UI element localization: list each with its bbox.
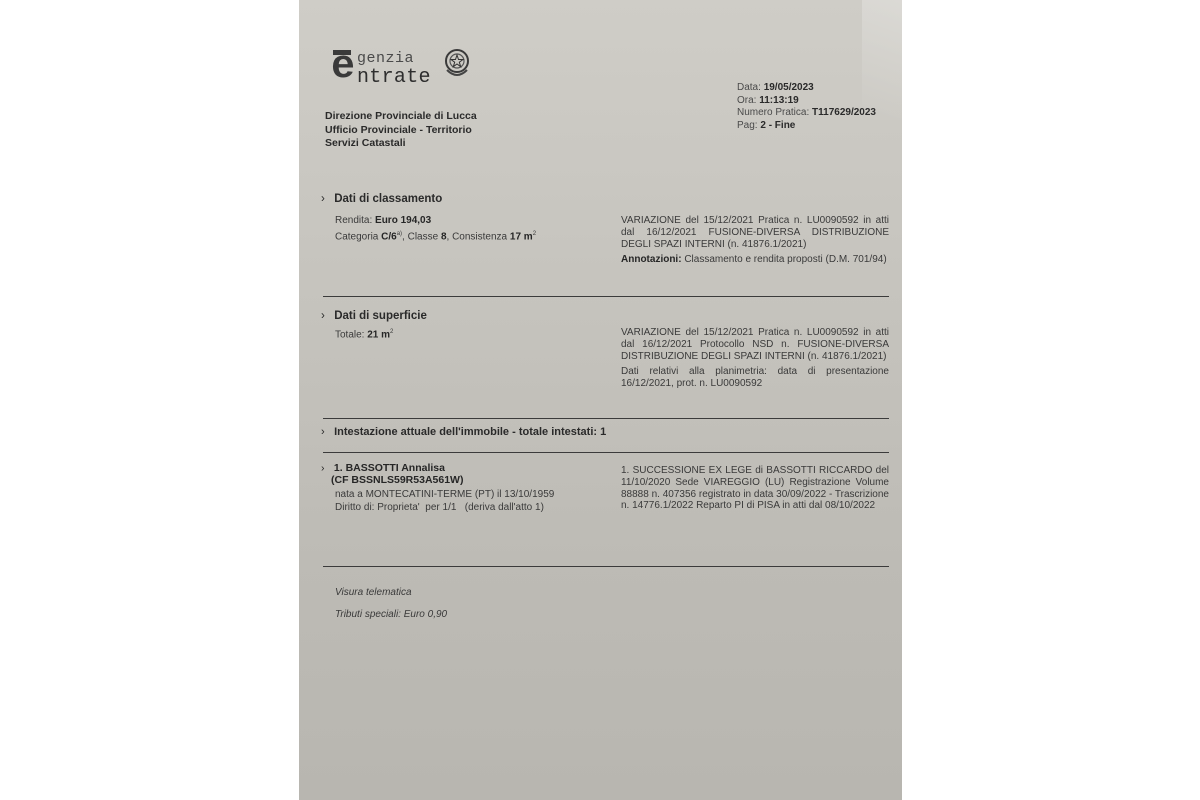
classamento-variazione: VARIAZIONE del 15/12/2021 Pratica n. LU0… [621, 215, 889, 270]
rendita-line: Rendita: Euro 194,03 [335, 215, 536, 228]
divider [323, 566, 889, 567]
variazione-text: VARIAZIONE del 15/12/2021 Pratica n. LU0… [621, 327, 889, 362]
italian-republic-emblem-icon [443, 46, 471, 80]
office-line-direzione: Direzione Provinciale di Lucca [325, 110, 477, 124]
annotazioni-text: Annotazioni: Classamento e rendita propo… [621, 254, 889, 266]
chevron-right-icon: › [321, 462, 331, 474]
meta-pratica: Numero Pratica: T117629/2023 [737, 107, 876, 120]
document-meta: Data: 19/05/2023 Ora: 11:13:19 Numero Pr… [737, 82, 876, 132]
rendita-value: Euro 194,03 [375, 215, 431, 226]
superficie-totale-value: 21 m [367, 329, 390, 340]
owner-cf: (CF BSSNLS59R53A561W) [321, 474, 463, 486]
agenzia-entrate-logo: e genzia ntrate [331, 44, 471, 92]
chevron-right-icon: › [321, 426, 331, 438]
meta-time: Ora: 11:13:19 [737, 95, 876, 108]
divider [323, 418, 889, 419]
owner-name: 1. BASSOTTI Annalisa [334, 462, 445, 474]
superficie-values: Totale: 21 m2 [335, 326, 393, 342]
meta-page: Pag: 2 - Fine [737, 120, 876, 133]
section-title-intestazione: › Intestazione attuale dell'immobile - t… [321, 426, 606, 438]
owner-details: nata a MONTECATINI-TERME (PT) il 13/10/1… [335, 489, 554, 514]
office-line-servizi: Servizi Catastali [325, 137, 477, 151]
owner-right: Diritto di: Proprieta' per 1/1 (deriva d… [335, 502, 554, 515]
meta-date: Data: 19/05/2023 [737, 82, 876, 95]
section-title-superficie: › Dati di superficie [321, 310, 427, 322]
atto-text: 1. SUCCESSIONE EX LEGE di BASSOTTI RICCA… [621, 465, 889, 512]
categoria-value: C/6 [381, 231, 397, 242]
logo-letter-e: e [331, 48, 355, 88]
owner-heading: › 1. BASSOTTI Annalisa (CF BSSNLS59R53A5… [321, 462, 463, 486]
divider [323, 452, 889, 453]
visura-label: Visura telematica [335, 587, 412, 598]
tributi-label: Tributi speciali: Euro 0,90 [335, 609, 447, 620]
variazione-text: VARIAZIONE del 15/12/2021 Pratica n. LU0… [621, 215, 889, 250]
document-page: e genzia ntrate Direzione Provinciale di… [299, 0, 902, 800]
section-title-classamento: › Dati di classamento [321, 193, 442, 205]
superficie-variazione: VARIAZIONE del 15/12/2021 Pratica n. LU0… [621, 327, 889, 394]
divider [323, 296, 889, 297]
classamento-values: Rendita: Euro 194,03 Categoria C/6a), Cl… [335, 215, 536, 243]
office-block: Direzione Provinciale di Lucca Ufficio P… [325, 110, 477, 151]
owner-birth: nata a MONTECATINI-TERME (PT) il 13/10/1… [335, 489, 554, 502]
categoria-line: Categoria C/6a), Classe 8, Consistenza 1… [335, 228, 536, 244]
logo-word-genzia: genzia [357, 50, 414, 67]
consistenza-value: 17 m [510, 231, 533, 242]
chevron-right-icon: › [321, 193, 331, 205]
planimetria-text: Dati relativi alla planimetria: data di … [621, 366, 889, 390]
office-line-ufficio: Ufficio Provinciale - Territorio [325, 124, 477, 138]
owner-atto: 1. SUCCESSIONE EX LEGE di BASSOTTI RICCA… [621, 465, 889, 516]
chevron-right-icon: › [321, 310, 331, 322]
logo-word-ntrate: ntrate [357, 66, 431, 89]
